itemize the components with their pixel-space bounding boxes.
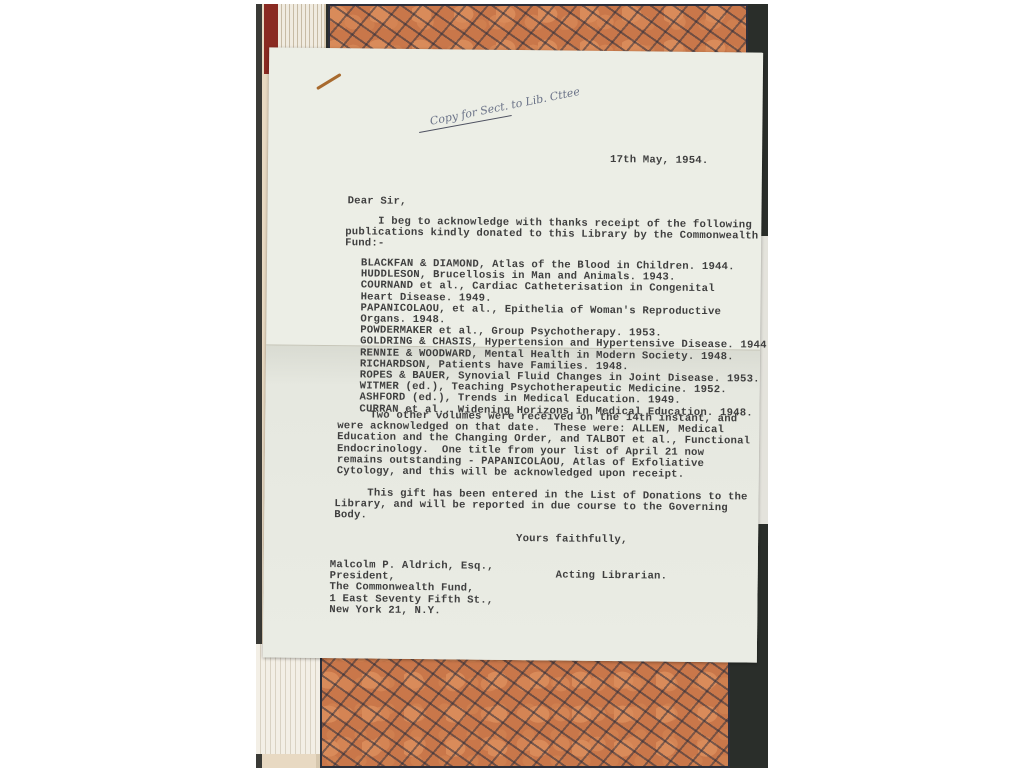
publication-list: BLACKFAN & DIAMOND, Atlas of the Blood i… <box>359 258 768 419</box>
paragraph-gift-entered: This gift has been entered in the List o… <box>334 488 747 526</box>
page-stack-bottom <box>256 644 322 754</box>
signatory-title: Acting Librarian. <box>556 570 668 582</box>
address-line: New York 21, N.Y. <box>329 605 493 618</box>
closing: Yours faithfully, <box>516 534 628 546</box>
letter-date: 17th May, 1954. <box>610 155 708 167</box>
document-photo: Copy for Sect. to Lib. Cttee 17th May, 1… <box>256 4 768 768</box>
addressee-block: Malcolm P. Aldrich, Esq.,President,The C… <box>329 560 494 618</box>
salutation: Dear Sir, <box>348 196 407 208</box>
ink-stain <box>316 73 341 90</box>
letter-sheet: Copy for Sect. to Lib. Cttee 17th May, 1… <box>263 47 763 662</box>
paragraph-other-volumes: Two other volumes were received on the 1… <box>337 410 751 482</box>
handwritten-note: Copy for Sect. to Lib. Cttee <box>429 85 581 128</box>
intro-paragraph: I beg to acknowledge with thanks receipt… <box>345 216 758 254</box>
